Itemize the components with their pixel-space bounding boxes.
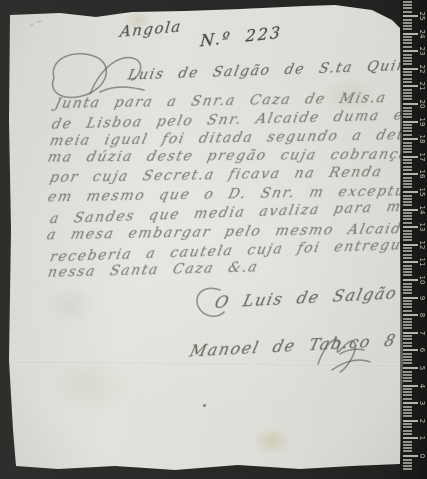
scale-tick-short <box>403 412 412 414</box>
scale-tick-short <box>403 254 412 256</box>
scale-tick-short <box>403 406 412 408</box>
scale-tick-short <box>403 450 412 452</box>
ink-speck <box>203 404 206 407</box>
scale-tick-long <box>403 314 418 316</box>
scale-tick-short <box>403 233 412 235</box>
scale-tick-long <box>403 68 418 70</box>
scale-tick-short <box>403 28 412 30</box>
scale-tick-short <box>403 444 412 446</box>
scale-tick-short <box>403 430 412 432</box>
scale-tick-short <box>403 180 412 182</box>
scale-tick-short <box>403 222 412 224</box>
scale-tick-short <box>403 124 412 126</box>
scale-tick-long <box>403 297 418 299</box>
scale-tick-short <box>403 377 412 379</box>
scale-tick-short <box>403 98 412 100</box>
scale-tick-long <box>403 33 418 35</box>
scale-number: 21 <box>418 80 426 92</box>
scale-tick-short <box>403 60 412 62</box>
scale-tick-long <box>403 279 418 281</box>
scale-tick-short <box>403 159 412 161</box>
scale-tick-short <box>403 148 412 150</box>
scale-tick-short <box>403 324 412 326</box>
body-line: por cuja Secret.a ficava na Renda <box>48 164 384 186</box>
scale-tick-long <box>403 191 418 193</box>
scale-tick-short <box>403 409 412 411</box>
scale-tick-short <box>403 292 412 294</box>
header-document-number: N.º 223 <box>200 23 283 51</box>
scale-tick-short <box>403 230 412 232</box>
scale-tick-short <box>403 415 412 417</box>
scale-tick-long <box>403 244 418 246</box>
scale-tick-short <box>403 345 412 347</box>
scale-tick-short <box>403 198 412 200</box>
scale-number: 11 <box>418 256 426 268</box>
scale-number: 20 <box>418 98 426 110</box>
scale-tick-long <box>403 15 418 17</box>
scale-tick-short <box>403 321 412 323</box>
scale-tick-short <box>403 388 412 390</box>
scale-tick-short <box>403 1 412 3</box>
scale-tick-short <box>403 247 412 249</box>
scale-tick-short <box>403 195 412 197</box>
scale-tick-short <box>403 169 412 171</box>
scale-tick-short <box>403 359 412 361</box>
scale-tick-short <box>403 286 412 288</box>
scale-tick-short <box>403 142 412 144</box>
scale-number: 8 <box>418 309 426 321</box>
scale-tick-short <box>403 177 412 179</box>
scale-tick-long <box>403 332 418 334</box>
scale-number: 0 <box>418 450 426 462</box>
scale-tick-long <box>403 402 418 404</box>
scale-tick-short <box>403 151 412 153</box>
signature-flourish-icon <box>190 282 230 328</box>
scale-number: 16 <box>418 168 426 180</box>
scale-tick-short <box>403 441 412 443</box>
scale-tick-short <box>403 318 412 320</box>
scale-number: 18 <box>418 133 426 145</box>
body-line: Luis de Salgão de S.ta Quintino <box>126 56 427 83</box>
scale-tick-short <box>403 327 412 329</box>
scale-tick-short <box>403 274 412 276</box>
scale-tick-long <box>403 261 418 263</box>
measuring-scale: 2524232221201918171615141312111098765432… <box>400 0 427 479</box>
scale-tick-short <box>403 113 412 115</box>
scale-number: 10 <box>418 274 426 286</box>
scale-tick-short <box>403 57 412 59</box>
scale-number: 9 <box>418 292 426 304</box>
scale-tick-short <box>403 74 412 76</box>
scale-tick-short <box>403 468 412 470</box>
scale-tick-long <box>403 226 418 228</box>
manuscript-scan: Angola N.º 223 Luis de Salgão de S.ta Qu… <box>0 0 427 479</box>
scale-tick-short <box>403 380 412 382</box>
scale-tick-short <box>403 78 412 80</box>
scale-tick-long <box>403 349 418 351</box>
scale-tick-short <box>403 362 412 364</box>
scale-number: 5 <box>418 362 426 374</box>
scale-tick-short <box>403 335 412 337</box>
scale-tick-short <box>403 215 412 217</box>
scale-tick-long <box>403 138 418 140</box>
scale-tick-short <box>403 374 412 376</box>
scale-tick-short <box>403 116 412 118</box>
scale-tick-long <box>403 420 418 422</box>
scale-tick-short <box>403 289 412 291</box>
scale-tick-short <box>403 204 412 206</box>
scale-tick-short <box>403 356 412 358</box>
letter-paper: Angola N.º 223 Luis de Salgão de S.ta Qu… <box>0 0 427 479</box>
rubric-flourish-icon <box>312 330 374 382</box>
scale-tick-short <box>403 303 412 305</box>
pencil-marks <box>28 14 44 33</box>
scale-tick-short <box>403 391 412 393</box>
scale-tick-short <box>403 459 412 461</box>
scale-tick-short <box>403 186 412 188</box>
scale-tick-short <box>403 394 412 396</box>
scale-number: 13 <box>418 221 426 233</box>
scale-tick-short <box>403 36 412 38</box>
scale-tick-short <box>403 54 412 56</box>
scale-tick-long <box>403 367 418 369</box>
scale-number: 24 <box>418 28 426 40</box>
scale-tick-long <box>403 103 418 105</box>
scale-tick-long <box>403 156 418 158</box>
scale-tick-short <box>403 250 412 252</box>
scale-tick-short <box>403 371 412 373</box>
scale-tick-short <box>403 426 412 428</box>
scale-tick-long <box>403 437 418 439</box>
scale-tick-short <box>403 19 412 21</box>
scale-tick-short <box>403 268 412 270</box>
scale-tick-short <box>403 46 412 48</box>
scale-tick-short <box>403 11 412 13</box>
scale-tick-short <box>403 42 412 44</box>
scale-tick-short <box>403 4 412 6</box>
scale-tick-short <box>403 107 412 109</box>
scale-tick-short <box>403 342 412 344</box>
scale-number: 14 <box>418 204 426 216</box>
scale-number: 7 <box>418 327 426 339</box>
scale-tick-short <box>403 130 412 132</box>
scale-number: 1 <box>418 432 426 444</box>
scale-tick-short <box>403 145 412 147</box>
scale-tick-short <box>403 22 412 24</box>
scale-tick-long <box>403 50 418 52</box>
scale-number: 22 <box>418 63 426 75</box>
scale-tick-short <box>403 218 412 220</box>
scale-tick-short <box>403 183 412 185</box>
scale-tick-short <box>403 81 412 83</box>
scale-tick-short <box>403 166 412 168</box>
scale-tick-short <box>403 271 412 273</box>
scale-tick-short <box>403 110 412 112</box>
signature-line: O Luis de Salgão <box>213 283 400 312</box>
scale-tick-short <box>403 63 412 65</box>
scale-tick-short <box>403 300 412 302</box>
scale-tick-short <box>403 353 412 355</box>
scale-number: 19 <box>418 116 426 128</box>
scale-tick-long <box>403 173 418 175</box>
scale-tick-short <box>403 7 412 9</box>
scale-number: 17 <box>418 151 426 163</box>
scale-tick-short <box>403 265 412 267</box>
scale-tick-short <box>403 338 412 340</box>
scale-tick-short <box>403 127 412 129</box>
scale-tick-short <box>403 423 412 425</box>
scale-tick-short <box>403 433 412 435</box>
scale-tick-long <box>403 85 418 87</box>
scale-tick-short <box>403 92 412 94</box>
scale-tick-short <box>403 462 412 464</box>
scale-number: 3 <box>418 397 426 409</box>
scale-number: 15 <box>418 186 426 198</box>
scale-number: 2 <box>418 415 426 427</box>
scale-tick-short <box>403 71 412 73</box>
scale-number: 23 <box>418 45 426 57</box>
scale-tick-short <box>403 310 412 312</box>
scale-tick-short <box>403 95 412 97</box>
scale-tick-short <box>403 162 412 164</box>
scale-tick-short <box>403 447 412 449</box>
scale-tick-short <box>403 39 412 41</box>
scale-tick-short <box>403 398 412 400</box>
scale-number: 25 <box>418 10 426 22</box>
scale-tick-short <box>403 283 412 285</box>
scale-tick-short <box>403 201 412 203</box>
scale-tick-short <box>403 212 412 214</box>
scale-tick-long <box>403 455 418 457</box>
scale-number: 12 <box>418 239 426 251</box>
scale-tick-short <box>403 89 412 91</box>
header-place: Angola <box>119 17 183 41</box>
scale-tick-short <box>403 306 412 308</box>
scale-tick-long <box>403 209 418 211</box>
scale-tick-short <box>403 134 412 136</box>
scale-tick-short <box>403 257 412 259</box>
scale-tick-long <box>403 385 418 387</box>
scale-tick-short <box>403 236 412 238</box>
body-line: ma dúzia deste pregão cuja cobrança <box>46 146 411 165</box>
scale-number: 4 <box>418 380 426 392</box>
scale-tick-short <box>403 465 412 467</box>
scale-tick-short <box>403 25 412 27</box>
scale-tick-long <box>403 121 418 123</box>
scale-number: 6 <box>418 344 426 356</box>
scale-tick-short <box>403 239 412 241</box>
